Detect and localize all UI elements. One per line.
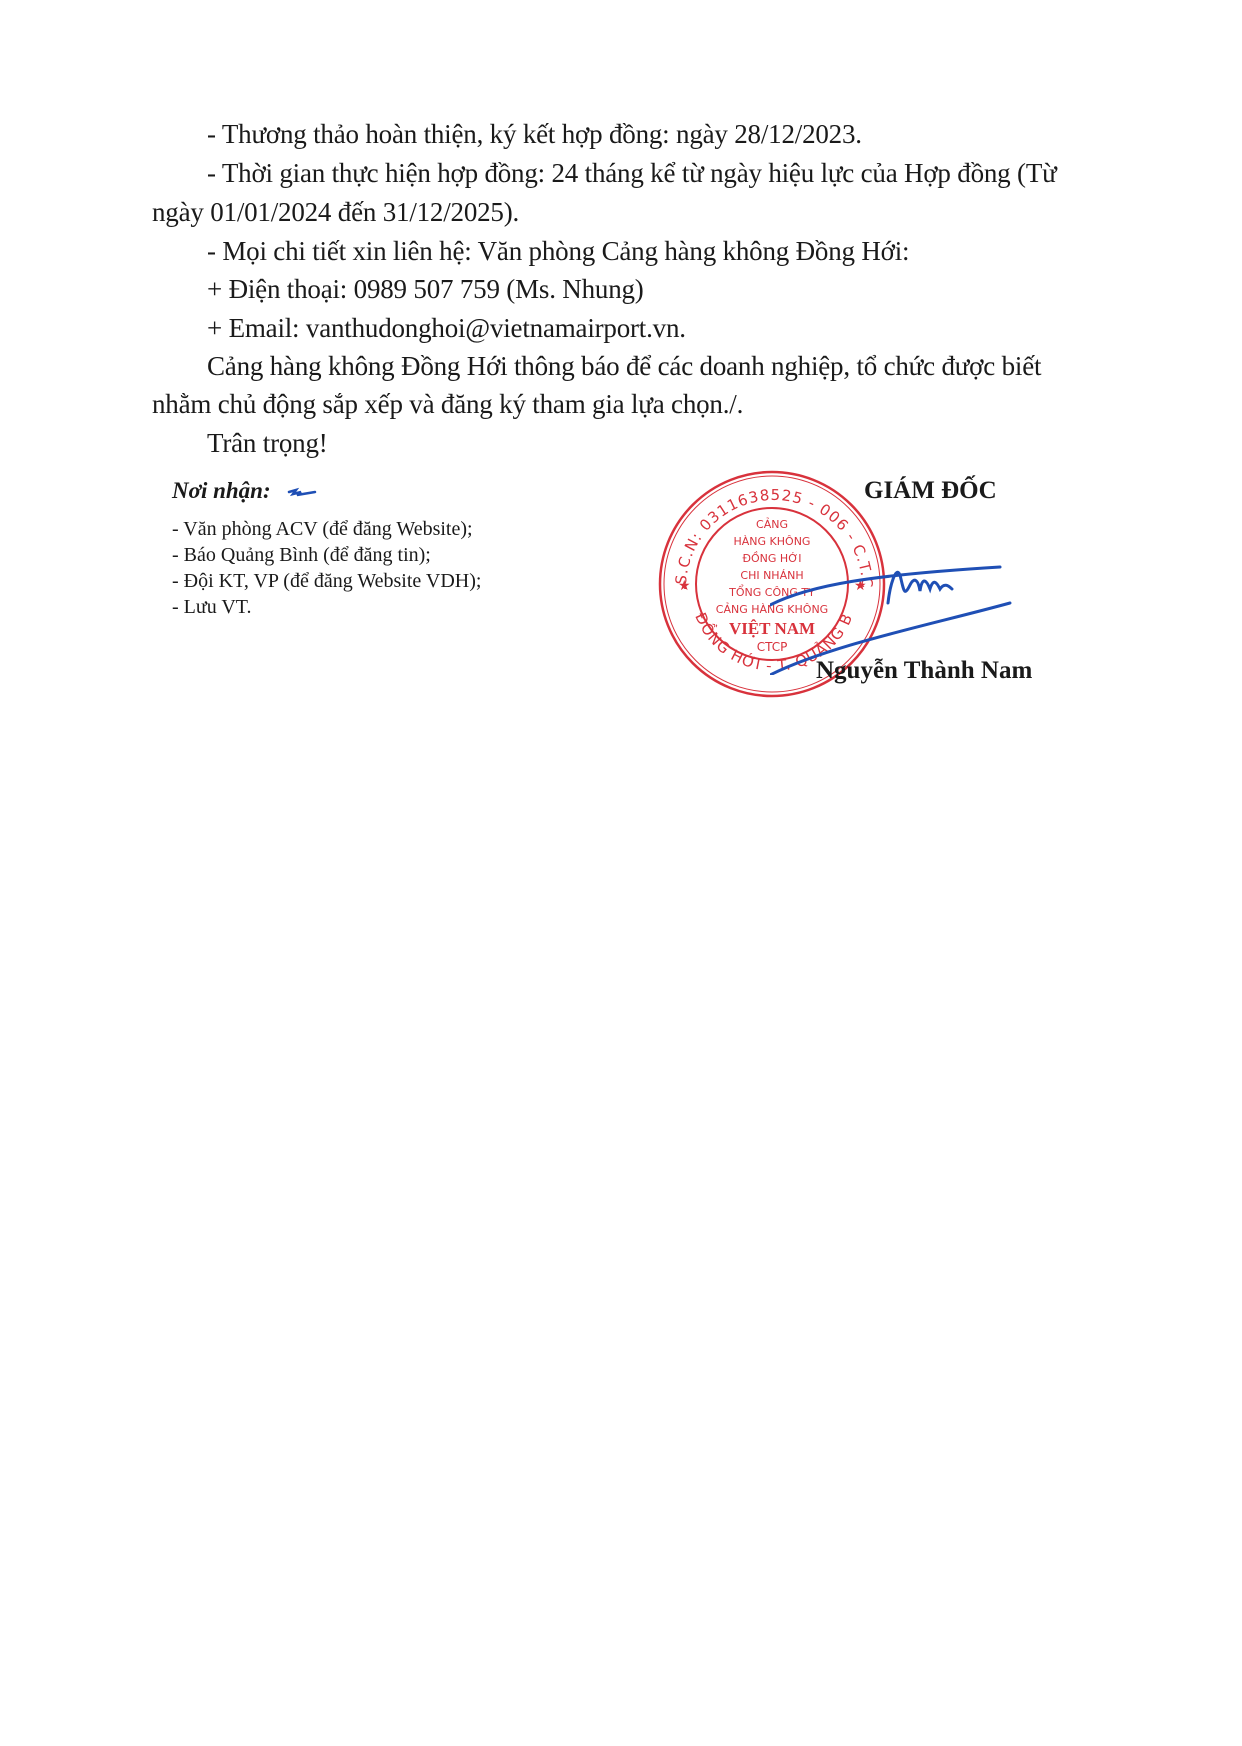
svg-text:CẢNG: CẢNG bbox=[756, 517, 788, 531]
body-line-notice: Cảng hàng không Đồng Hới thông báo để cá… bbox=[207, 350, 1041, 382]
recipient-item: - Lưu VT. bbox=[172, 594, 252, 620]
body-line-contract-dates: ngày 01/01/2024 đến 31/12/2025). bbox=[152, 196, 519, 228]
recipient-item: - Báo Quảng Bình (để đăng tin); bbox=[172, 542, 431, 568]
body-line-notice-cont: nhằm chủ động sắp xếp và đăng ký tham gi… bbox=[152, 388, 743, 420]
svg-text:HÀNG KHÔNG: HÀNG KHÔNG bbox=[734, 535, 811, 548]
body-line-phone: + Điện thoại: 0989 507 759 (Ms. Nhung) bbox=[207, 273, 644, 305]
recipient-item: - Văn phòng ACV (để đăng Website); bbox=[172, 516, 473, 542]
body-line-regards: Trân trọng! bbox=[207, 427, 328, 459]
body-line-email: + Email: vanthudonghoi@vietnamairport.vn… bbox=[207, 312, 686, 344]
body-line-contact: - Mọi chi tiết xin liên hệ: Văn phòng Cả… bbox=[207, 235, 909, 267]
initial-mark-icon bbox=[287, 486, 317, 500]
recipient-item: - Đội KT, VP (để đăng Website VDH); bbox=[172, 568, 481, 594]
signatory-title: GIÁM ĐỐC bbox=[864, 477, 997, 505]
svg-text:★: ★ bbox=[678, 578, 691, 594]
body-line-negotiation: - Thương thảo hoàn thiện, ký kết hợp đồn… bbox=[207, 118, 862, 150]
signatory-name: Nguyễn Thành Nam bbox=[816, 657, 1032, 685]
body-line-contract-period: - Thời gian thực hiện hợp đồng: 24 tháng… bbox=[207, 157, 1057, 189]
recipients-title: Nơi nhận: bbox=[172, 478, 271, 504]
